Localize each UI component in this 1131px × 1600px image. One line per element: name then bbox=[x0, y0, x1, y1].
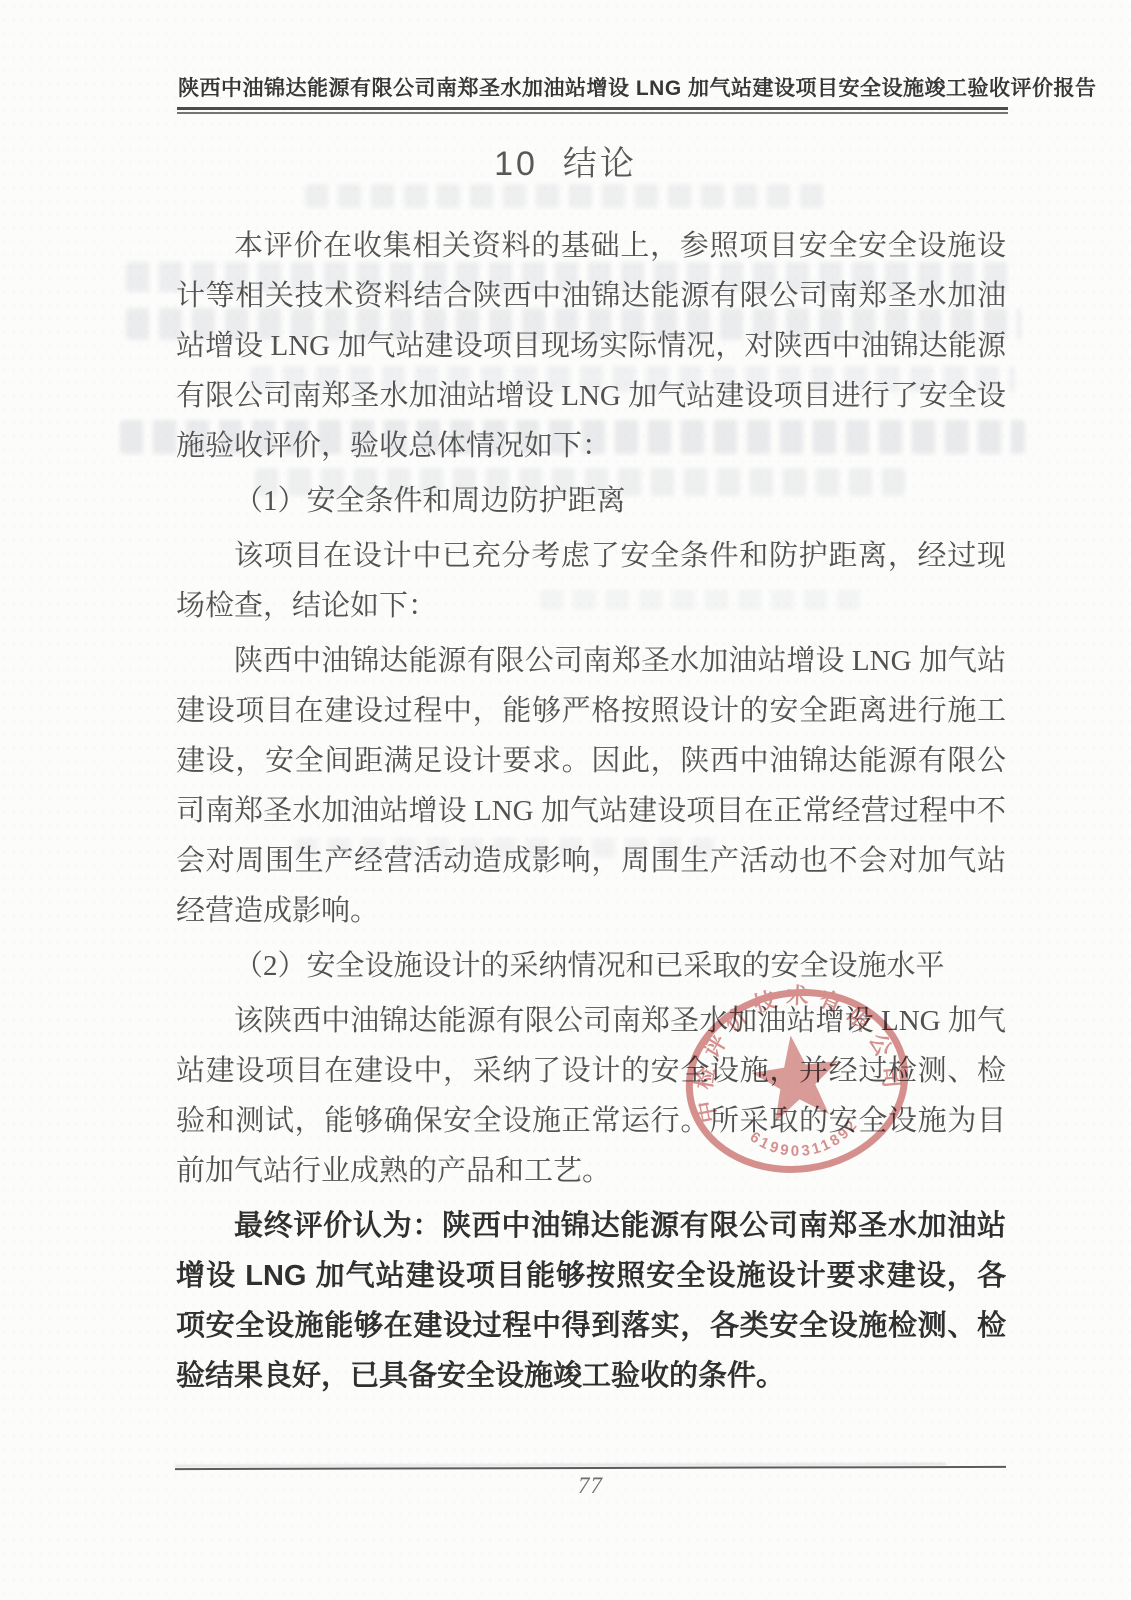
header-double-rule bbox=[177, 107, 1008, 117]
chapter-title: 10 结论 bbox=[0, 136, 1131, 185]
body-text-block: 本评价在收集相关资料的基础上，参照项目安全安全设施设计等相关技术资料结合陕西中油… bbox=[176, 221, 1006, 1406]
footer-rule bbox=[175, 1466, 1006, 1470]
subheading-1: （1）安全条件和周边防护距离 bbox=[176, 476, 1006, 526]
paragraph-intro: 本评价在收集相关资料的基础上，参照项目安全安全设施设计等相关技术资料结合陕西中油… bbox=[176, 221, 1006, 471]
subheading-2: （2）安全设施设计的采纳情况和已采取的安全设施水平 bbox=[176, 941, 1006, 991]
paragraph-conditions: 该项目在设计中已充分考虑了安全条件和防护距离，经过现场检查，结论如下： bbox=[176, 531, 1006, 631]
bleed-through-ghost bbox=[305, 184, 825, 208]
paragraph-distances: 陕西中油锦达能源有限公司南郑圣水加油站增设 LNG 加气站建设项目在建设过程中，… bbox=[176, 636, 1006, 936]
paragraph-facilities: 该陕西中油锦达能源有限公司南郑圣水加油站增设 LNG 加气站建设项目在建设中，采… bbox=[176, 996, 1006, 1196]
page-number: 77 bbox=[175, 1473, 1006, 1499]
paragraph-final-verdict: 最终评价认为：陕西中油锦达能源有限公司南郑圣水加油站增设 LNG 加气站建设项目… bbox=[176, 1201, 1006, 1401]
running-header-title: 陕西中油锦达能源有限公司南郑圣水加油站增设 LNG 加气站建设项目安全设施竣工验… bbox=[178, 72, 1008, 102]
document-page: 陕西中油锦达能源有限公司南郑圣水加油站增设 LNG 加气站建设项目安全设施竣工验… bbox=[0, 0, 1131, 1600]
